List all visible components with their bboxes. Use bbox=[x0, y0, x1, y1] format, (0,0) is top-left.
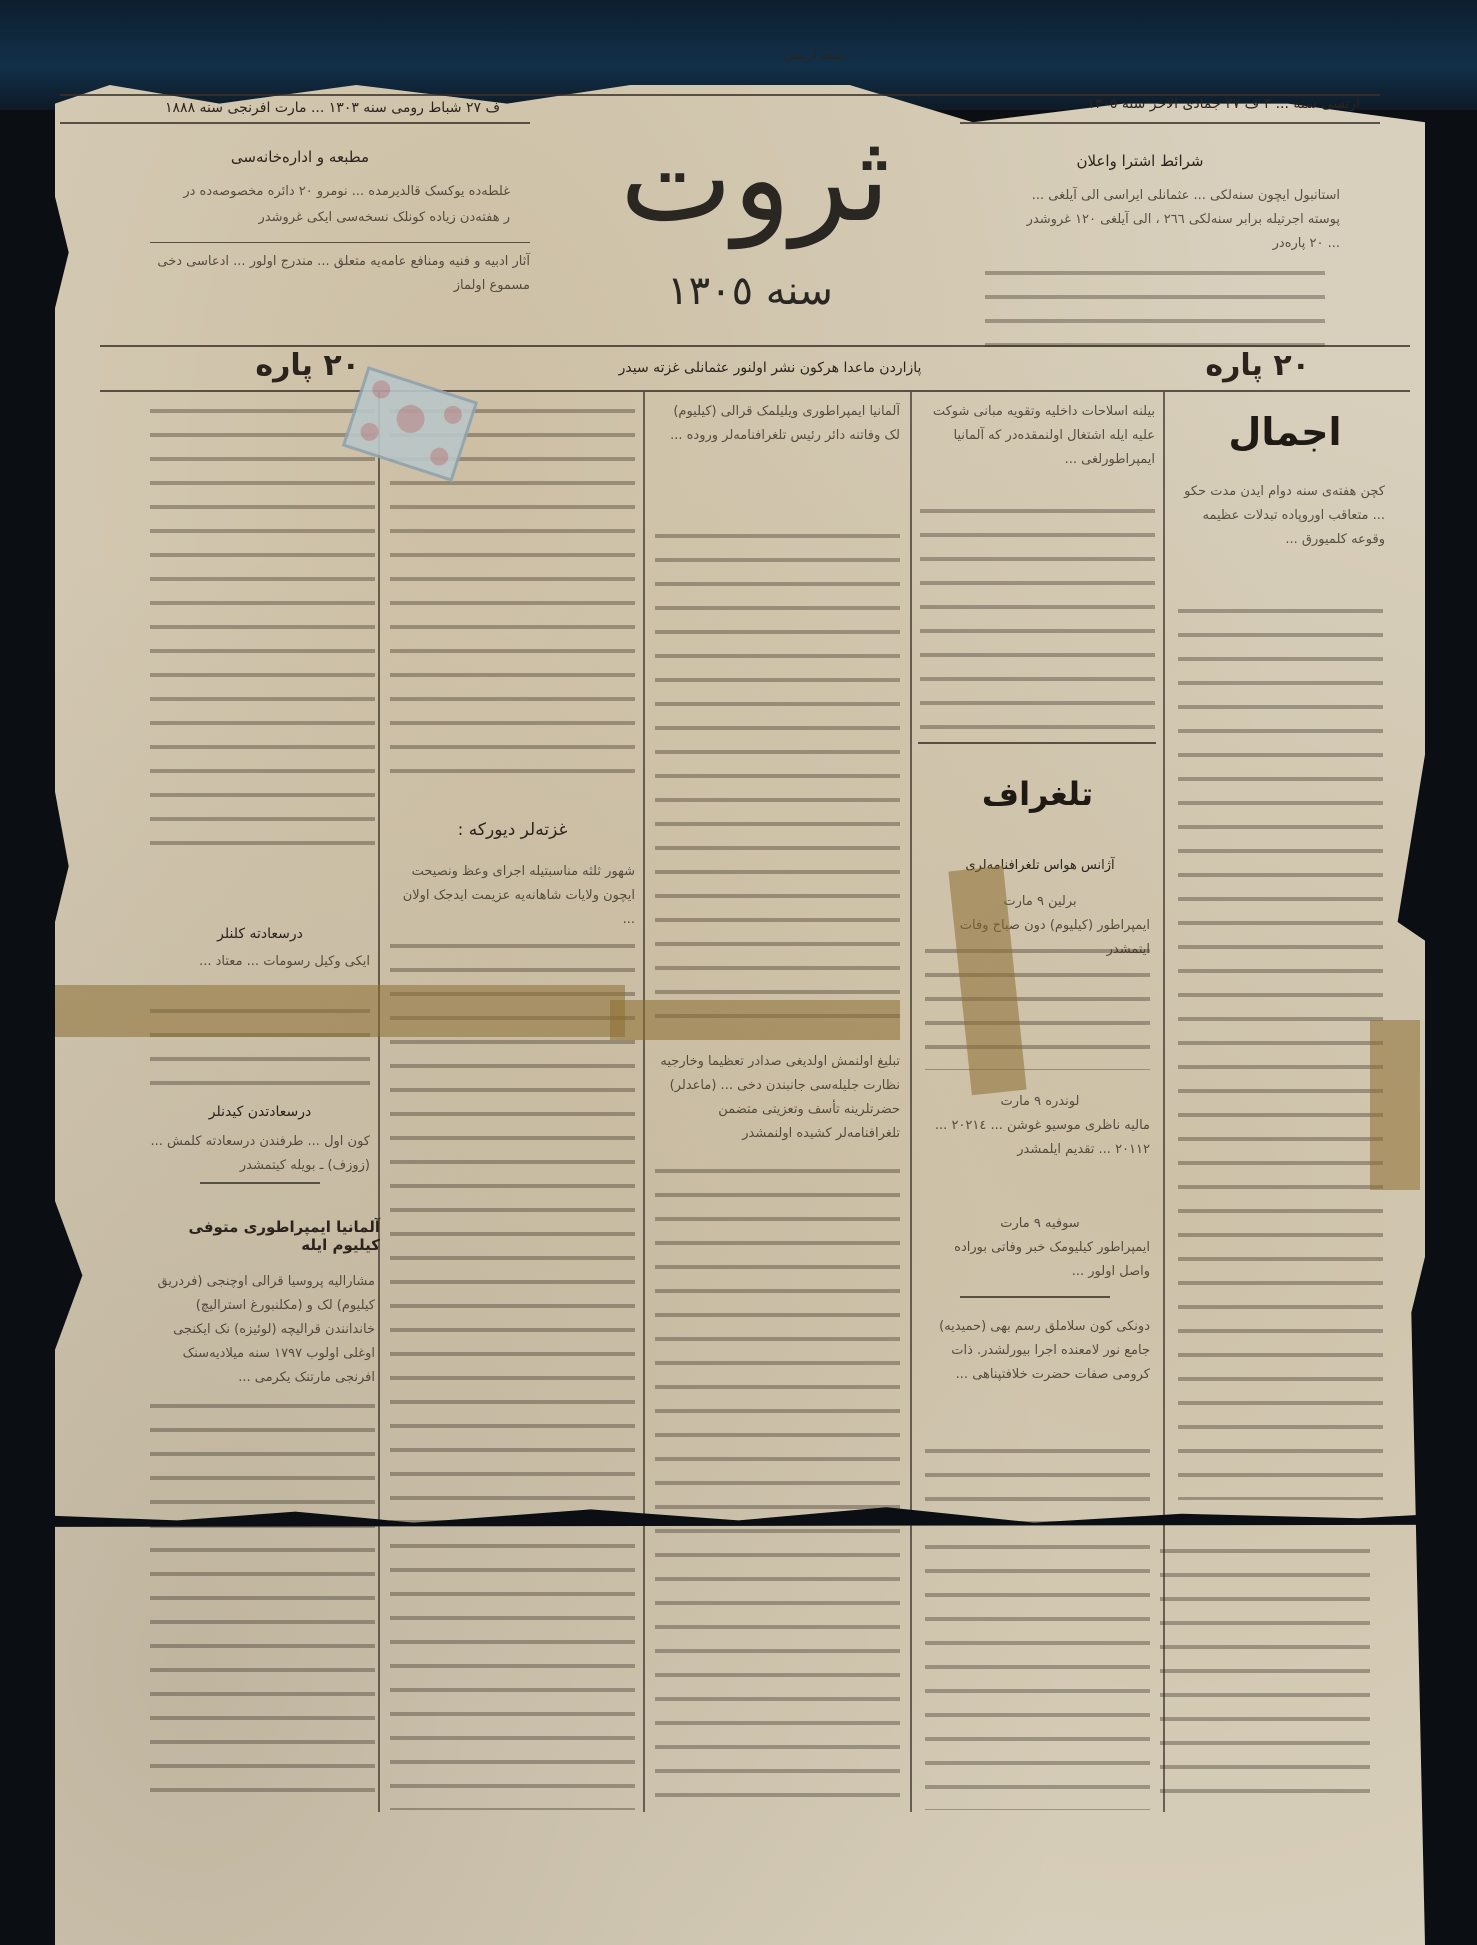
column-three-body-lines bbox=[655, 525, 900, 1035]
dersaadetten-gidenler-heading: درسعادتدن کیدنلر bbox=[150, 1104, 370, 1120]
wilhelm-obituary-heading: آلمانیا ایمپراطوری متوفی کیلیوم ایله bbox=[140, 1218, 380, 1254]
dateline-rule-left bbox=[60, 122, 530, 124]
printing-box-line-1: غلطه‌ده یوکسک قالدیرمده ... نومرو ٢٠ دائ… bbox=[150, 180, 510, 204]
dateline-right: ارتسی سنه ... ٣ ف ٢٧ جمادی الاخر سنه ١٣٠… bbox=[960, 96, 1360, 112]
tagline-rule-top bbox=[100, 345, 1410, 347]
column-four-text: بیلنه اسلاحات داخلیه وتقویه مبانی شوکت ع… bbox=[920, 400, 1155, 496]
gazeteler-body-lines bbox=[390, 935, 635, 1810]
dersaadete-gelenler-heading: درسعادته کلنلر bbox=[150, 926, 370, 942]
obituary-divider bbox=[200, 1182, 320, 1184]
telegraf-item-3-text: ایمپراطور کیلیومک خبر وفاتی بوراده واصل … bbox=[930, 1236, 1150, 1284]
hamidiye-body-lines bbox=[925, 1440, 1150, 1810]
column-divider-3 bbox=[910, 392, 912, 1812]
telegraf-item-3-dateline: سوفیه ٩ مارت bbox=[930, 1212, 1150, 1236]
printing-box-line-2: ر هفته‌دن زیاده کونلک نسخه‌سی ایکی غروشد… bbox=[150, 206, 510, 230]
telegraf-item-2-dateline: لوندره ٩ مارت bbox=[930, 1090, 1150, 1114]
gazeteler-text: شهور ثلثه مناسبتیله اجرای وعظ ونصیحت ایچ… bbox=[390, 860, 635, 932]
column-four-body-lines bbox=[920, 500, 1155, 730]
telegraf-heading: تلغراف bbox=[920, 775, 1155, 813]
top-note: جمعه ارتسی bbox=[740, 48, 890, 62]
subscription-line-3: ... ٢٠ پاره‌در bbox=[960, 232, 1340, 256]
subscription-box-title: شرائط اشترا واعلان bbox=[1000, 152, 1280, 170]
column-divider-1 bbox=[378, 392, 380, 1812]
icmal-heading: اجمال bbox=[1175, 410, 1395, 454]
telegraf-rule bbox=[918, 742, 1156, 744]
icmal-body-lines bbox=[1178, 600, 1383, 1500]
tagline: پازاردن ماعدا هرکون نشر اولنور عثمانلی غ… bbox=[580, 360, 960, 376]
column-three-lower-lines bbox=[655, 1160, 900, 1810]
masthead-title: ثروت bbox=[590, 120, 920, 240]
hamidiye-text: دونکی کون سلاملق رسم بهی (حمیدیه) جامع ن… bbox=[925, 1315, 1150, 1435]
printing-box-divider bbox=[150, 242, 530, 243]
wilhelm-obituary-lines bbox=[150, 1395, 375, 1810]
dateline-left: ف ٢٧ شباط رومی سنه ١٣٠٣ ... مارت افرنجی … bbox=[70, 100, 500, 116]
top-rule bbox=[60, 94, 1380, 96]
price-right: ٢٠ پاره bbox=[1190, 348, 1310, 383]
tagline-rule-bottom bbox=[100, 390, 1410, 392]
price-left: ٢٠ پاره bbox=[250, 348, 360, 383]
icmal-continued-lines bbox=[1160, 1540, 1370, 1810]
masthead-year: سنه ١٣٠٥ bbox=[640, 268, 860, 314]
telegraf-item-2-text: مالیه ناظری موسیو غوشن ... ٢٠٢١٤ ... ٢٠١… bbox=[930, 1114, 1150, 1210]
gazeteler-heading: غزته‌لر دیورکه : bbox=[390, 820, 635, 840]
icmal-text: کچن هفته‌ی سنه دوام ایدن مدت حکو ... متع… bbox=[1175, 480, 1385, 600]
printing-box-notice: آثار ادبیه و فنیه ومنافع عامه‌یه متعلق .… bbox=[150, 250, 530, 298]
dersaadetten-gidenler-text: کون اول ... طرفندن درسعادته کلمش ... (زو… bbox=[150, 1130, 370, 1178]
hamidiye-divider bbox=[960, 1296, 1110, 1298]
dateline-rule-right bbox=[960, 122, 1380, 124]
subscription-line-2: پوسته اجرتیله برابر سنه‌لکی ٢٦٦ ، الی آی… bbox=[960, 208, 1340, 232]
tape-strip-right bbox=[1370, 1020, 1420, 1190]
tape-strip-center bbox=[610, 1000, 900, 1040]
column-two-notice: تبلیغ اولنمش اولدیغی صدادر تعظیما وخارجی… bbox=[655, 1050, 900, 1146]
subscription-line-1: استانبول ایچون سنه‌لکی ... عثمانلی ایراس… bbox=[960, 184, 1340, 208]
wilhelm-obituary-text: مشارالیه پروسیا قرالی اوچنجی (فردریق کیل… bbox=[150, 1270, 375, 1390]
printing-box-title: مطبعه و اداره‌خانه‌سی bbox=[150, 148, 450, 166]
tape-strip-left bbox=[55, 985, 625, 1037]
column-divider-2 bbox=[643, 392, 645, 1812]
column-one-body-lines bbox=[150, 400, 375, 860]
subscription-body-text bbox=[985, 262, 1325, 358]
column-three-text: آلمانیا ایمپراطوری ویلیلمک قرالی (کیلیوم… bbox=[655, 400, 900, 520]
